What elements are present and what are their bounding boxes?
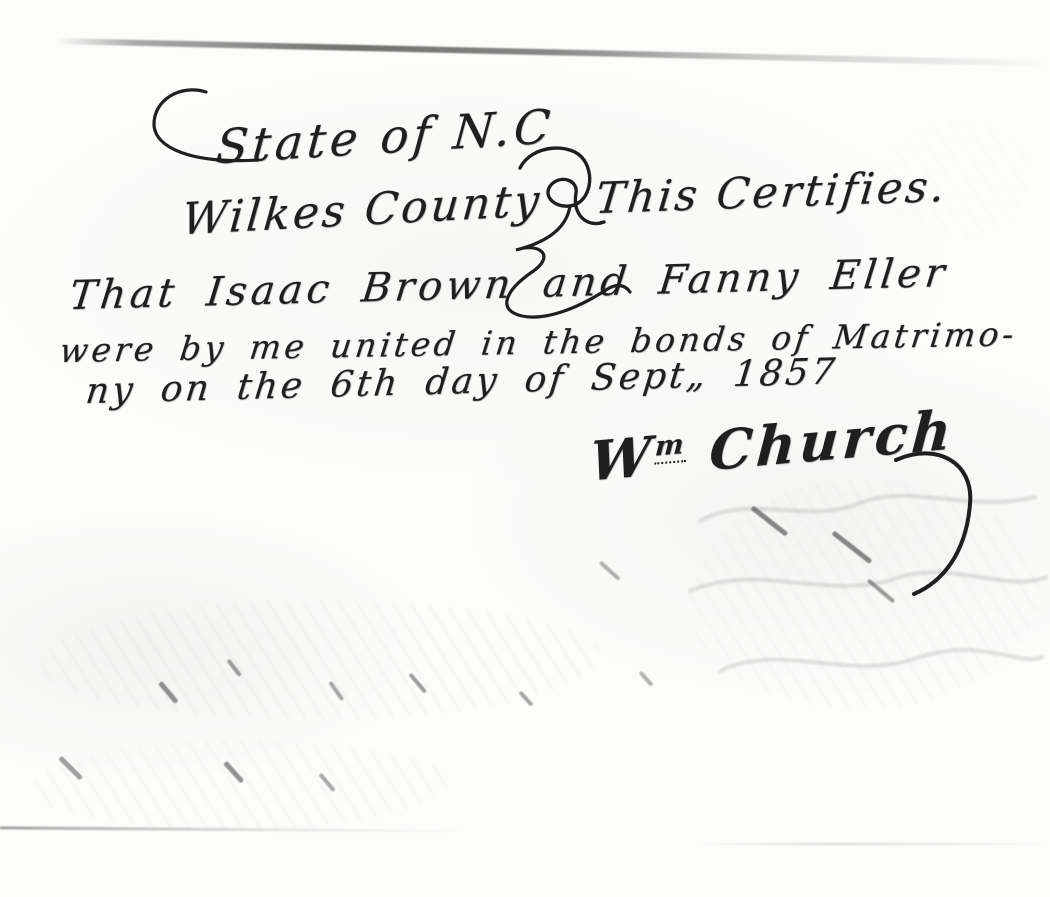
- bottom-paper-edge-right: [690, 843, 1050, 845]
- bleedthrough-smudge-bottom: [30, 740, 450, 830]
- ink-dash: [639, 671, 654, 687]
- ink-dash: [599, 561, 621, 581]
- torn-paper-edge: [55, 38, 1050, 67]
- bottom-paper-edge: [0, 826, 470, 832]
- bleedthrough-smudge-top-right: [880, 120, 1030, 240]
- signature-superscript: m: [654, 429, 689, 465]
- scanned-marriage-certificate: State of N.C Wilkes County This Certifie…: [0, 0, 1050, 897]
- signature-initial: W: [588, 423, 657, 493]
- body-line-names: That Isaac Brown and Fanny Eller: [67, 253, 950, 316]
- bleedthrough-smudge-bottom-left: [40, 600, 600, 720]
- brace-flourish-mark: [420, 140, 650, 350]
